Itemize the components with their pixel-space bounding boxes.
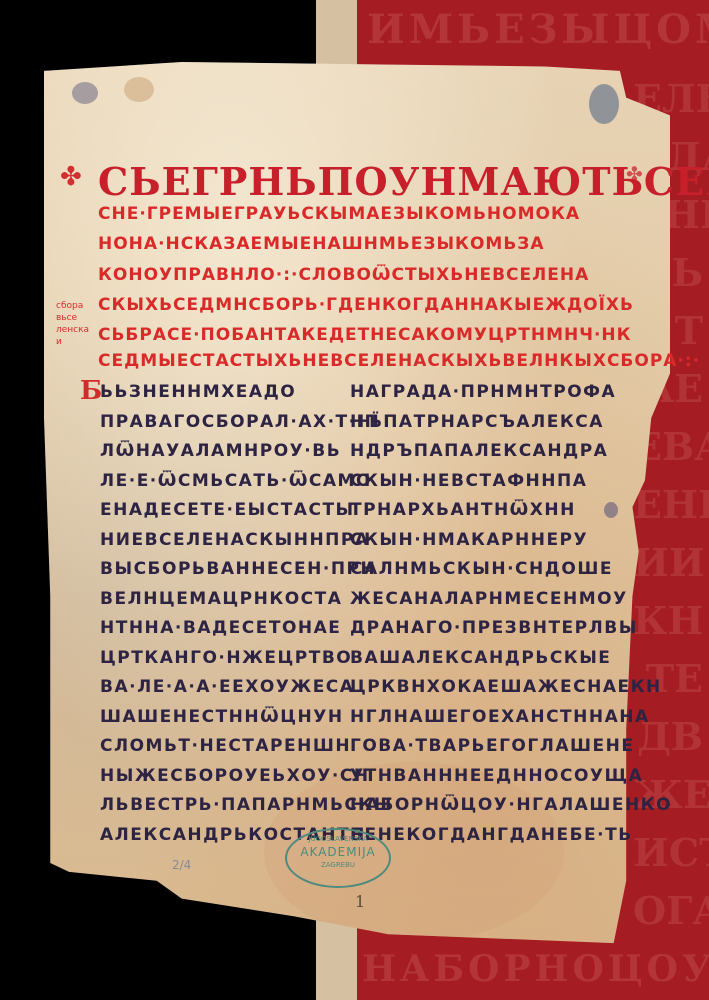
rubric-line: СЬБРАСЕ·ПОБАНТАКЕДЕТНЕСАКОМУЦРТНМНЧ·НК (98, 324, 632, 346)
text-line: НДРЪПАПАЛЕКСАНДРА (350, 437, 620, 467)
stamp-bottom-text: ZAGREBU (287, 860, 389, 870)
rubric-line: СКЫХЬСЕДМНСБОРЬ·ГДЕНКОГДАННАКЫЕЖДОЇХЬ (98, 294, 634, 316)
text-column-right: НАГРАДА·ПРНМНТРОФА НЪПАТРНАРСЪАЛЕКСА НДР… (350, 378, 620, 850)
stamp-middle-text: AKADEMIJA (287, 844, 389, 860)
ink-stain (589, 84, 619, 124)
text-line: СЛОМЬТ·НЕСТАРЕНШН (100, 732, 350, 762)
rubric-line: СЕДМЫЕСТАСТЫХЬНЕВСЕЛЕНАСКЫХЬВЕЛНКЫХСБОРА… (98, 350, 700, 372)
text-column-left: ЬЬЗНЕННМХЕАДО ПРАВАГОСБОРАЛ·АХ·Т·НЇ ЛѾНА… (100, 378, 350, 850)
decorated-initial: Б (80, 376, 102, 406)
text-line: ВА·ЛЕ·А·А·ЕЕХОУЖЕСА (100, 673, 350, 703)
text-line: ВЕЛНЦЕМАЦРНКОСТА (100, 585, 350, 615)
text-line: ЖЕСАНАЛАРНМЕСЕНМОУ (350, 585, 620, 615)
text-line: ЛЕ·Е·ѾСМЬСАТЬ·ѾСАМО (100, 467, 350, 497)
water-stain (124, 77, 154, 102)
text-line: ЦРТКАНГО·НЖЕЦРТВО (100, 644, 350, 674)
rubric-line: НОНА·НСКАЗАЕМЫЕНАШНМЬЕЗЫКОМЬЗА (98, 233, 545, 255)
folio-number: 1 (355, 892, 365, 911)
text-line: ВЫСБОРЬВАННЕСЕН·ПРН (100, 555, 350, 585)
text-line: ЦРКВНХОКАЕШАЖЕСНАЕКН (350, 673, 620, 703)
text-line: НГЛНАШЕГОЕХАНСТННАНА (350, 703, 620, 733)
text-line: ДРАНАГО·ПРЕЗВНТЕРЛВЫ (350, 614, 620, 644)
text-line: СКЫН·НЕВСТАФННПА (350, 467, 620, 497)
margin-note: сбора вьсе ленска и (56, 300, 96, 348)
text-line: ВАШАЛЕКСАНДРЬСКЫЕ (350, 644, 620, 674)
rubric-line: КОНОУПРАВНЛО·:·СЛОВОѾСТЫХЬНЕВСЕЛЕНА (98, 264, 589, 286)
text-line: ТРНАРХЬАНТНѾХНН (350, 496, 620, 526)
stamp-top-text: JUGOSLAVENSKA (287, 834, 389, 844)
text-line: НИЕВСЕЛЕНАСКЫННПРА (100, 526, 350, 556)
ghost-text-top: ИМЬЕЗЫЦОМЬ (367, 6, 709, 53)
text-line: НАБОРНѾЦОУ·НГАЛАШЕНКО (350, 791, 620, 821)
text-line: ЬЬЗНЕННМХЕАДО (100, 378, 350, 408)
text-line: БЕНЕКОГДАНГДАНЕБЕ·ТЬ (350, 821, 620, 851)
rubric-line: СНЕ·ГРЕМЫЕГРАУЬСКЫМАЕЗЫКОМЬНОМОКА (98, 203, 580, 225)
library-stamp: JUGOSLAVENSKA AKADEMIJA ZAGREBU (285, 828, 391, 888)
text-line: ЕНАДЕСЕТЕ·ЕЫСТАСТЫ (100, 496, 350, 526)
ornament-left: ✤ (60, 162, 82, 192)
text-line: ШАШЕНЕСТННѾЦНУН (100, 703, 350, 733)
text-line: СКЫН·НМАКАРННЕРУ (350, 526, 620, 556)
ghost-text-bottom: НАБОРНОЦОУ·НГАЛШ (362, 948, 709, 990)
text-line: НАГРАДА·ПРНМНТРОФА (350, 378, 620, 408)
pencil-annotation: 2/4 (172, 858, 191, 872)
text-line: ПРАВАГОСБОРАЛ·АХ·Т·НЇ (100, 408, 350, 438)
text-line: ЛѾНАУАЛАМНРОУ·ВЬ (100, 437, 350, 467)
text-line: НТННА·ВАДЕСЕТОНАЕ (100, 614, 350, 644)
text-line: ГОВА·ТВАРЬЕГОГЛАШЕНЕ (350, 732, 620, 762)
text-line: НЪПАТРНАРСЪАЛЕКСА (350, 408, 620, 438)
text-line: ЛЬВЕСТРЬ·ПАПАРНМЬСКЫ (100, 791, 350, 821)
text-line: САЛНМЬСКЫН·СНДОШЕ (350, 555, 620, 585)
ink-stain (72, 82, 98, 104)
text-line: НЫЖЕСБОРОУЕЬХОУ·СН (100, 762, 350, 792)
text-line: УТНВАНННЕЕДННОСОУЩА (350, 762, 620, 792)
manuscript-title-rubric: СЬЕГРНЬПОУНМАЮТЬСЕКНН (98, 160, 618, 204)
